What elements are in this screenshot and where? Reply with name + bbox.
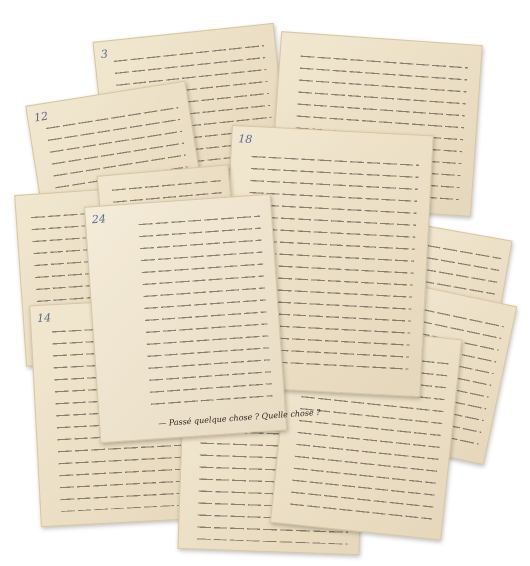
page-number: 14 xyxy=(37,311,52,325)
handwriting xyxy=(138,207,273,410)
page-number: 18 xyxy=(238,132,253,146)
manuscript-sheet-front: 24 — Passé quelque chose ? Quelle chose … xyxy=(84,194,287,443)
manuscript-pages-photo: 3 12 14 18 24 — Passé quelque chose ? Qu… xyxy=(0,0,530,566)
page-number: 3 xyxy=(100,47,108,61)
page-number: 24 xyxy=(91,212,106,226)
